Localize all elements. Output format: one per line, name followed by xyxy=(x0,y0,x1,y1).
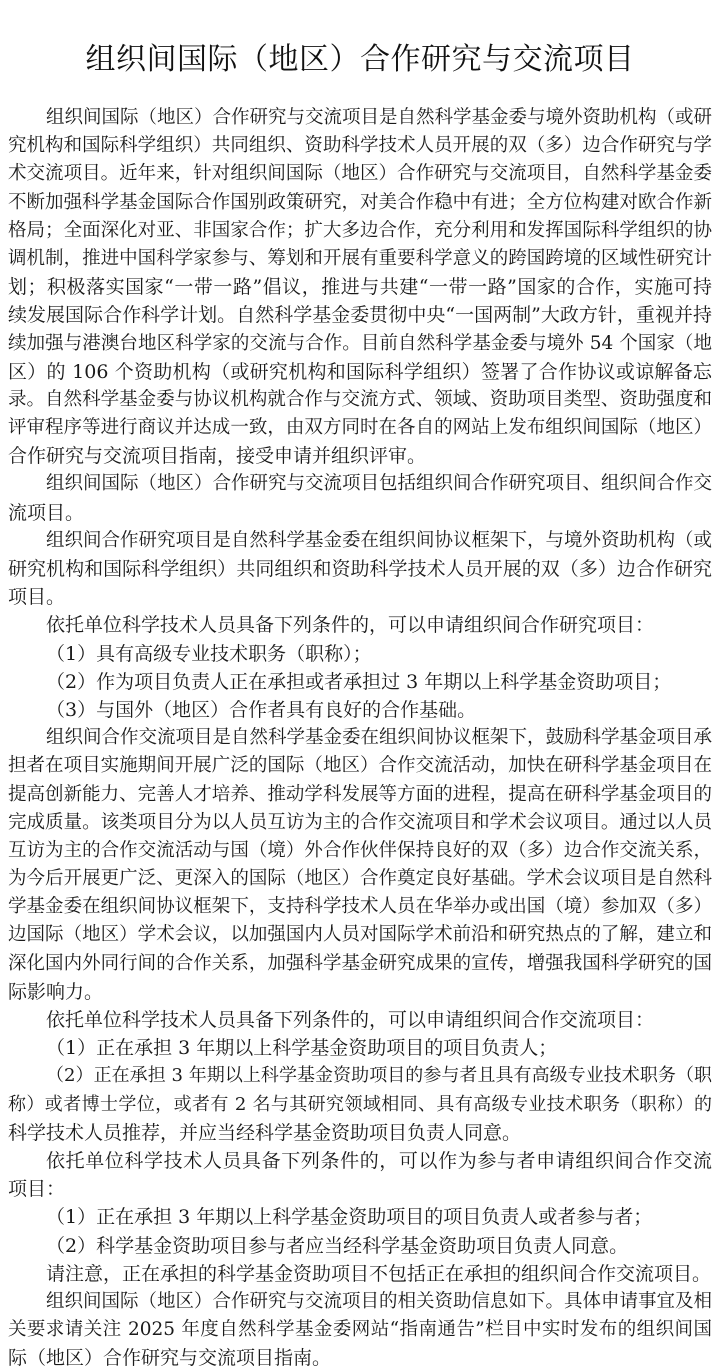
text-line: 际（地区）合作研究与交流项目指南。 xyxy=(8,1344,712,1370)
text-line: 调机制，推进中国科学家参与、筹划和开展有重要科学意义的跨国跨境的区域性研究计 xyxy=(8,245,712,273)
text-line: （2）作为项目负责人正在承担或者承担过 3 年期以上科学基金资助项目； xyxy=(8,668,712,696)
document-page: 组织间国际（地区）合作研究与交流项目 组织间国际（地区）合作研究与交流项目是自然… xyxy=(0,0,720,1370)
text-line: （2）正在承担 3 年期以上科学基金资助项目的参与者且具有高级专业技术职务（职 xyxy=(8,1062,712,1090)
text-line: 依托单位科学技术人员具备下列条件的，可以申请组织间合作研究项目： xyxy=(8,611,712,639)
text-line: 组织间国际（地区）合作研究与交流项目的相关资助信息如下。具体申请事宜及相 xyxy=(8,1288,712,1316)
text-line: 划；积极落实国家“一带一路”倡议，推进与共建“一带一路”国家的合作，实施可持 xyxy=(8,273,712,301)
text-line: 提高创新能力、完善人才培养、推动学科发展等方面的进程，提高在研科学基金项目的 xyxy=(8,781,712,809)
text-line: 称）或者博士学位，或者有 2 名与其研究领域相同、具有高级专业技术职务（职称）的 xyxy=(8,1091,712,1119)
text-line: 为今后开展更广泛、更深入的国际（地区）合作奠定良好基础。学术会议项目是自然科 xyxy=(8,865,712,893)
text-line: （1）具有高级专业技术职务（职称）； xyxy=(8,640,712,668)
text-line: 依托单位科学技术人员具备下列条件的，可以申请组织间合作交流项目： xyxy=(8,1006,712,1034)
text-line: 科学技术人员推荐，并应当经科学基金资助项目负责人同意。 xyxy=(8,1119,712,1147)
text-line: （3）与国外（地区）合作者具有良好的合作基础。 xyxy=(8,696,712,724)
text-line: （2）科学基金资助项目参与者应当经科学基金资助项目负责人同意。 xyxy=(8,1232,712,1260)
text-line: 组织间国际（地区）合作研究与交流项目是自然科学基金委与境外资助机构（或研 xyxy=(8,104,712,132)
text-line: 完成质量。该类项目分为以人员互访为主的合作交流项目和学术会议项目。通过以人员 xyxy=(8,809,712,837)
text-line: 合作研究与交流项目指南，接受申请并组织评审。 xyxy=(8,442,712,470)
text-line: 项目。 xyxy=(8,583,712,611)
text-line: 续发展国际合作科学计划。自然科学基金委贯彻中央“一国两制”大政方针，重视并持 xyxy=(8,301,712,329)
text-line: 录。自然科学基金委与协议机构就合作与交流方式、领域、资助项目类型、资助强度和 xyxy=(8,386,712,414)
text-line: 格局；全面深化对亚、非国家合作；扩大多边合作，充分利用和发挥国际科学组织的协 xyxy=(8,217,712,245)
text-line: 学基金委在组织间协议框架下，支持科学技术人员在华举办或出国（境）参加双（多） xyxy=(8,893,712,921)
text-line: 边国际（地区）学术会议，以加强国内人员对国际学术前沿和研究热点的了解，建立和 xyxy=(8,921,712,949)
text-line: 组织间合作交流项目是自然科学基金委在组织间协议框架下，鼓励科学基金项目承 xyxy=(8,724,712,752)
text-line: 组织间国际（地区）合作研究与交流项目包括组织间合作研究项目、组织间合作交 xyxy=(8,470,712,498)
text-line: 担者在项目实施期间开展广泛的国际（地区）合作交流活动，加快在研科学基金项目在 xyxy=(8,752,712,780)
text-line: 区）的 106 个资助机构（或研究机构和国际科学组织）签署了合作协议或谅解备忘 xyxy=(8,358,712,386)
text-line: 究机构和国际科学组织）共同组织、资助科学技术人员开展的双（多）边合作研究与学 xyxy=(8,132,712,160)
text-line: （1）正在承担 3 年期以上科学基金资助项目的项目负责人； xyxy=(8,1034,712,1062)
text-line: 互访为主的合作交流活动与国（境）外合作伙伴保持良好的双（多）边合作交流关系， xyxy=(8,837,712,865)
text-line: 不断加强科学基金国际合作国别政策研究，对美合作稳中有进；全方位构建对欧合作新 xyxy=(8,189,712,217)
text-line: 流项目。 xyxy=(8,499,712,527)
text-line: 项目： xyxy=(8,1175,712,1203)
text-line: 续加强与港澳台地区科学家的交流与合作。目前自然科学基金委与境外 54 个国家（地 xyxy=(8,330,712,358)
text-line: 术交流项目。近年来，针对组织间国际（地区）合作研究与交流项目，自然科学基金委 xyxy=(8,160,712,188)
text-line: 评审程序等进行商议并达成一致，由双方同时在各自的网站上发布组织间国际（地区） xyxy=(8,414,712,442)
document-body: 组织间国际（地区）合作研究与交流项目是自然科学基金委与境外资助机构（或研究机构和… xyxy=(8,104,712,1370)
page-title: 组织间国际（地区）合作研究与交流项目 xyxy=(0,38,720,82)
text-line: 研究机构和国际科学组织）共同组织和资助科学技术人员开展的双（多）边合作研究 xyxy=(8,555,712,583)
text-line: 请注意，正在承担的科学基金资助项目不包括正在承担的组织间合作交流项目。 xyxy=(8,1260,712,1288)
text-line: （1）正在承担 3 年期以上科学基金资助项目的项目负责人或者参与者； xyxy=(8,1203,712,1231)
text-line: 依托单位科学技术人员具备下列条件的，可以作为参与者申请组织间合作交流 xyxy=(8,1147,712,1175)
text-line: 组织间合作研究项目是自然科学基金委在组织间协议框架下，与境外资助机构（或 xyxy=(8,527,712,555)
text-line: 深化国内外同行间的合作关系，加强科学基金研究成果的宣传，增强我国科学研究的国 xyxy=(8,950,712,978)
text-line: 际影响力。 xyxy=(8,978,712,1006)
text-line: 关要求请关注 2025 年度自然科学基金委网站“指南通告”栏目中实时发布的组织间… xyxy=(8,1316,712,1344)
